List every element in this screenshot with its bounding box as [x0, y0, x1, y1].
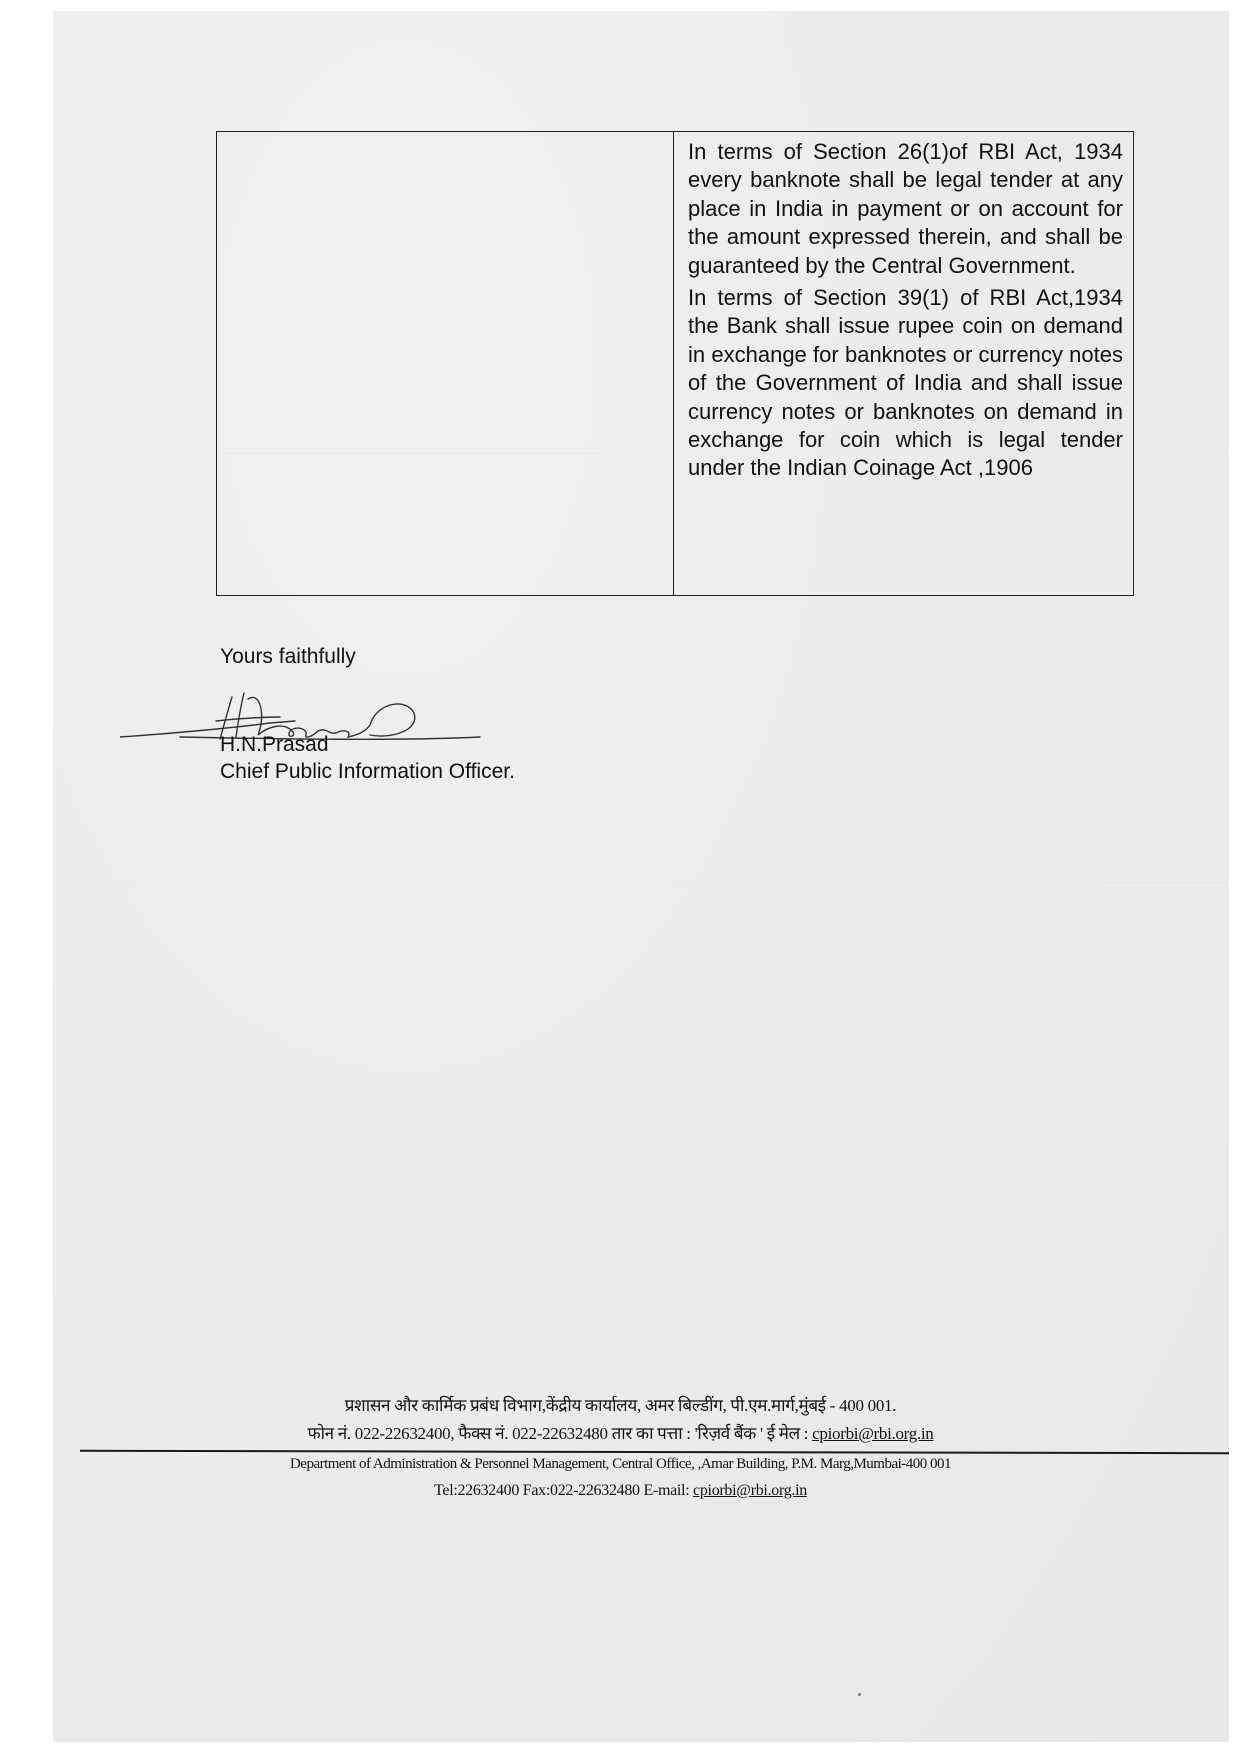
signatory-name: H.N.Prasad [220, 733, 329, 757]
closing-salutation: Yours faithfully [220, 645, 356, 669]
footer-hindi-email-link[interactable]: cpiorbi@rbi.org.in [812, 1424, 933, 1443]
footer-hindi-contact: फोन नं. 022-22632400, फैक्स नं. 022-2263… [0, 1421, 1241, 1444]
footer-english-contact-text: Tel:22632400 Fax:022-22632480 E-mail: [434, 1482, 693, 1499]
paper-fold-line [53, 880, 1229, 882]
section-39-paragraph: In terms of Section 39(1) of RBI Act,193… [688, 284, 1123, 483]
footer-english-address: Department of Administration & Personnel… [0, 1456, 1241, 1473]
footer-english-contact: Tel:22632400 Fax:022-22632480 E-mail: cp… [0, 1482, 1241, 1500]
legal-tender-table: In terms of Section 26(1)of RBI Act, 193… [216, 131, 1134, 596]
handwritten-signature-icon [120, 685, 540, 755]
section-26-paragraph: In terms of Section 26(1)of RBI Act, 193… [688, 138, 1123, 280]
footer-hindi-address: प्रशासन और कार्मिक प्रबंध विभाग,केंद्रीय… [0, 1393, 1241, 1416]
table-right-cell: In terms of Section 26(1)of RBI Act, 193… [674, 132, 1133, 595]
footer-english-email-link[interactable]: cpiorbi@rbi.org.in [693, 1482, 807, 1499]
footer-hindi-contact-text: फोन नं. 022-22632400, फैक्स नं. 022-2263… [307, 1424, 812, 1443]
signatory-designation: Chief Public Information Officer. [220, 760, 515, 784]
scan-speck [858, 1693, 861, 1696]
table-left-cell [217, 132, 674, 595]
